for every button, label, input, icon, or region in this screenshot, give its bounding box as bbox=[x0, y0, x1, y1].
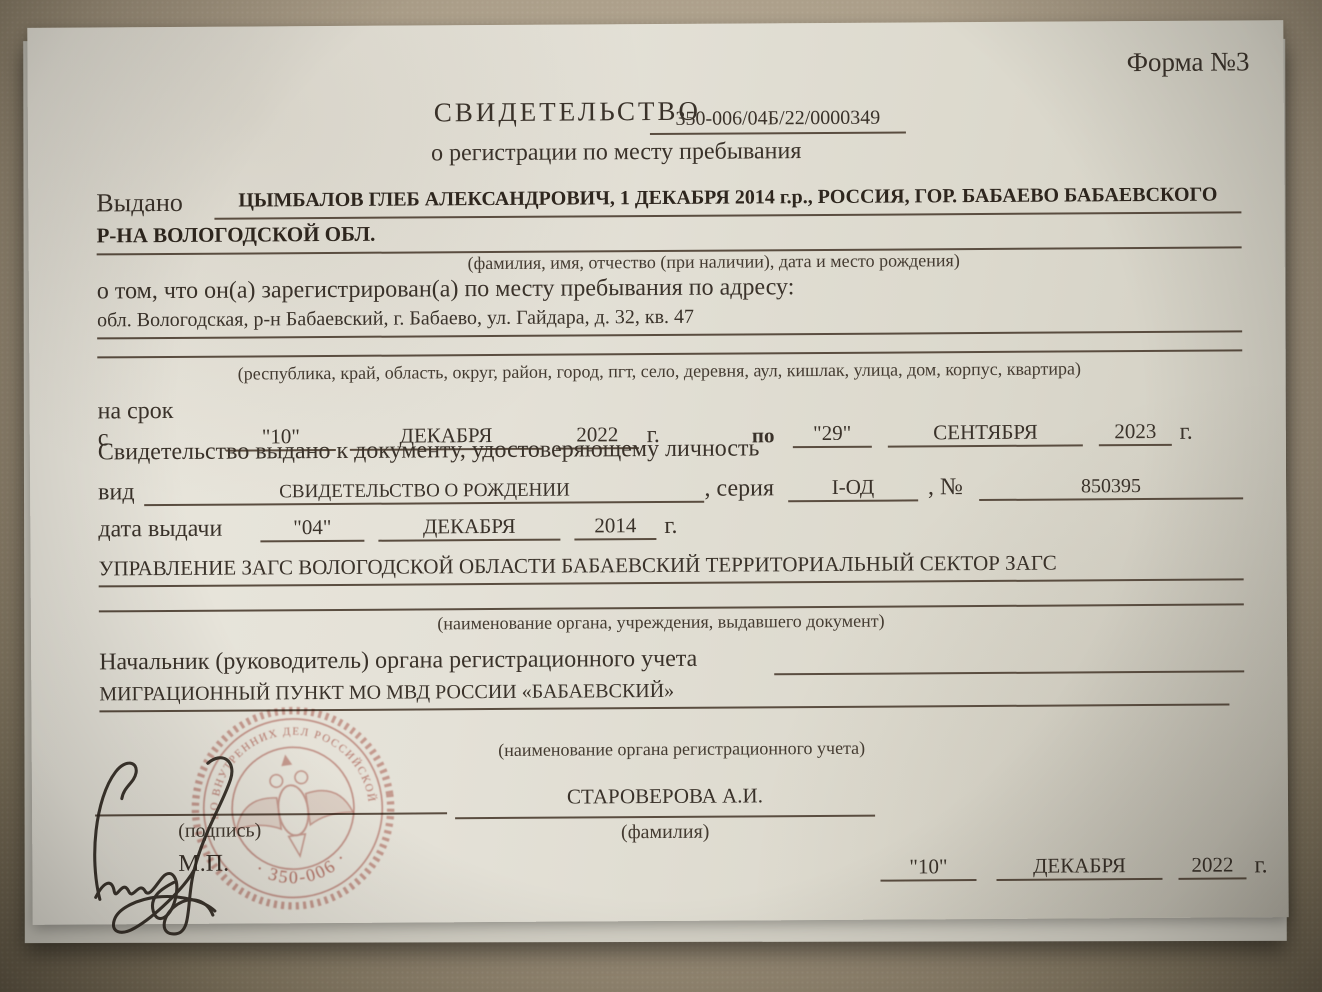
issued-to-line1: ЦЫМБАЛОВ ГЛЕБ АЛЕКСАНДРОВИЧ, 1 ДЕКАБРЯ 2… bbox=[214, 183, 1241, 219]
issued-label: Выдано bbox=[96, 188, 183, 219]
issue-date-label: дата выдачи bbox=[98, 516, 222, 544]
period-to-year: 2023 bbox=[1099, 419, 1172, 446]
certificate-number: 350-006/04Б/22/0000349 bbox=[650, 106, 906, 135]
period-to-year-suffix: г. bbox=[1180, 419, 1193, 446]
svg-text:· 350-006 ·: · 350-006 · bbox=[250, 845, 354, 893]
head-blank-line bbox=[774, 646, 1244, 675]
doc-type-value: СВИДЕТЕЛЬСТВО О РОЖДЕНИИ bbox=[144, 479, 704, 506]
head-line: Начальник (руководитель) органа регистра… bbox=[99, 646, 697, 677]
period-to-day: "29" bbox=[792, 421, 872, 448]
cert-issue-year-suffix: г. bbox=[1254, 852, 1267, 879]
period-to-month: СЕНТЯБРЯ bbox=[888, 419, 1083, 447]
doc-series-value: I-ОД bbox=[788, 474, 918, 502]
signature-scribble bbox=[82, 744, 253, 940]
surname-caption: (фамилия) bbox=[455, 820, 875, 846]
stamp-code-text: · 350-006 · bbox=[250, 845, 354, 893]
identity-issue-day: "04" bbox=[260, 515, 364, 543]
document-subtitle: о регистрации по месту пребывания bbox=[431, 138, 801, 167]
identity-issue-date-row: дата выдачи "04" ДЕКАБРЯ 2014 г. bbox=[98, 513, 677, 544]
cert-issue-year: 2022 bbox=[1178, 852, 1246, 879]
name-caption: (фамилия, имя, отчество (при наличии), д… bbox=[239, 249, 1189, 276]
identity-issue-year-suffix: г. bbox=[664, 513, 677, 540]
certificate-document: Форма №3 СВИДЕТЕЛЬСТВО 350-006/04Б/22/00… bbox=[27, 20, 1288, 925]
doc-number-label: , № bbox=[928, 474, 963, 501]
form-number-label: Форма №3 bbox=[1127, 46, 1250, 78]
doc-number-value: 850395 bbox=[979, 474, 1243, 501]
issuing-authority-caption: (наименование органа, учреждения, выдавш… bbox=[111, 609, 1211, 637]
doc-type-label: вид bbox=[98, 479, 135, 506]
cert-issue-month: ДЕКАБРЯ bbox=[996, 853, 1162, 881]
address-caption: (республика, край, область, округ, район… bbox=[109, 358, 1209, 386]
registered-line: о том, что он(а) зарегистрирован(а) по м… bbox=[97, 274, 795, 305]
identity-doc-line: Свидетельство выдано к документу, удосто… bbox=[98, 435, 760, 466]
photo-background: Форма №3 СВИДЕТЕЛЬСТВО 350-006/04Б/22/00… bbox=[0, 0, 1322, 992]
surname-value: СТАРОВЕРОВА А.И. bbox=[455, 783, 875, 820]
identity-issue-year: 2014 bbox=[574, 513, 656, 541]
identity-doc-row: вид СВИДЕТЕЛЬСТВО О РОЖДЕНИИ , серия I-О… bbox=[98, 472, 1243, 506]
cert-issue-day: "10" bbox=[880, 854, 976, 882]
certificate-issue-date-row: "10" ДЕКАБРЯ 2022 г. bbox=[880, 852, 1267, 881]
doc-series-label: , серия bbox=[704, 475, 774, 502]
identity-issue-month: ДЕКАБРЯ bbox=[378, 514, 560, 542]
registration-authority-caption: (наименование органа регистрационного уч… bbox=[332, 737, 1032, 762]
